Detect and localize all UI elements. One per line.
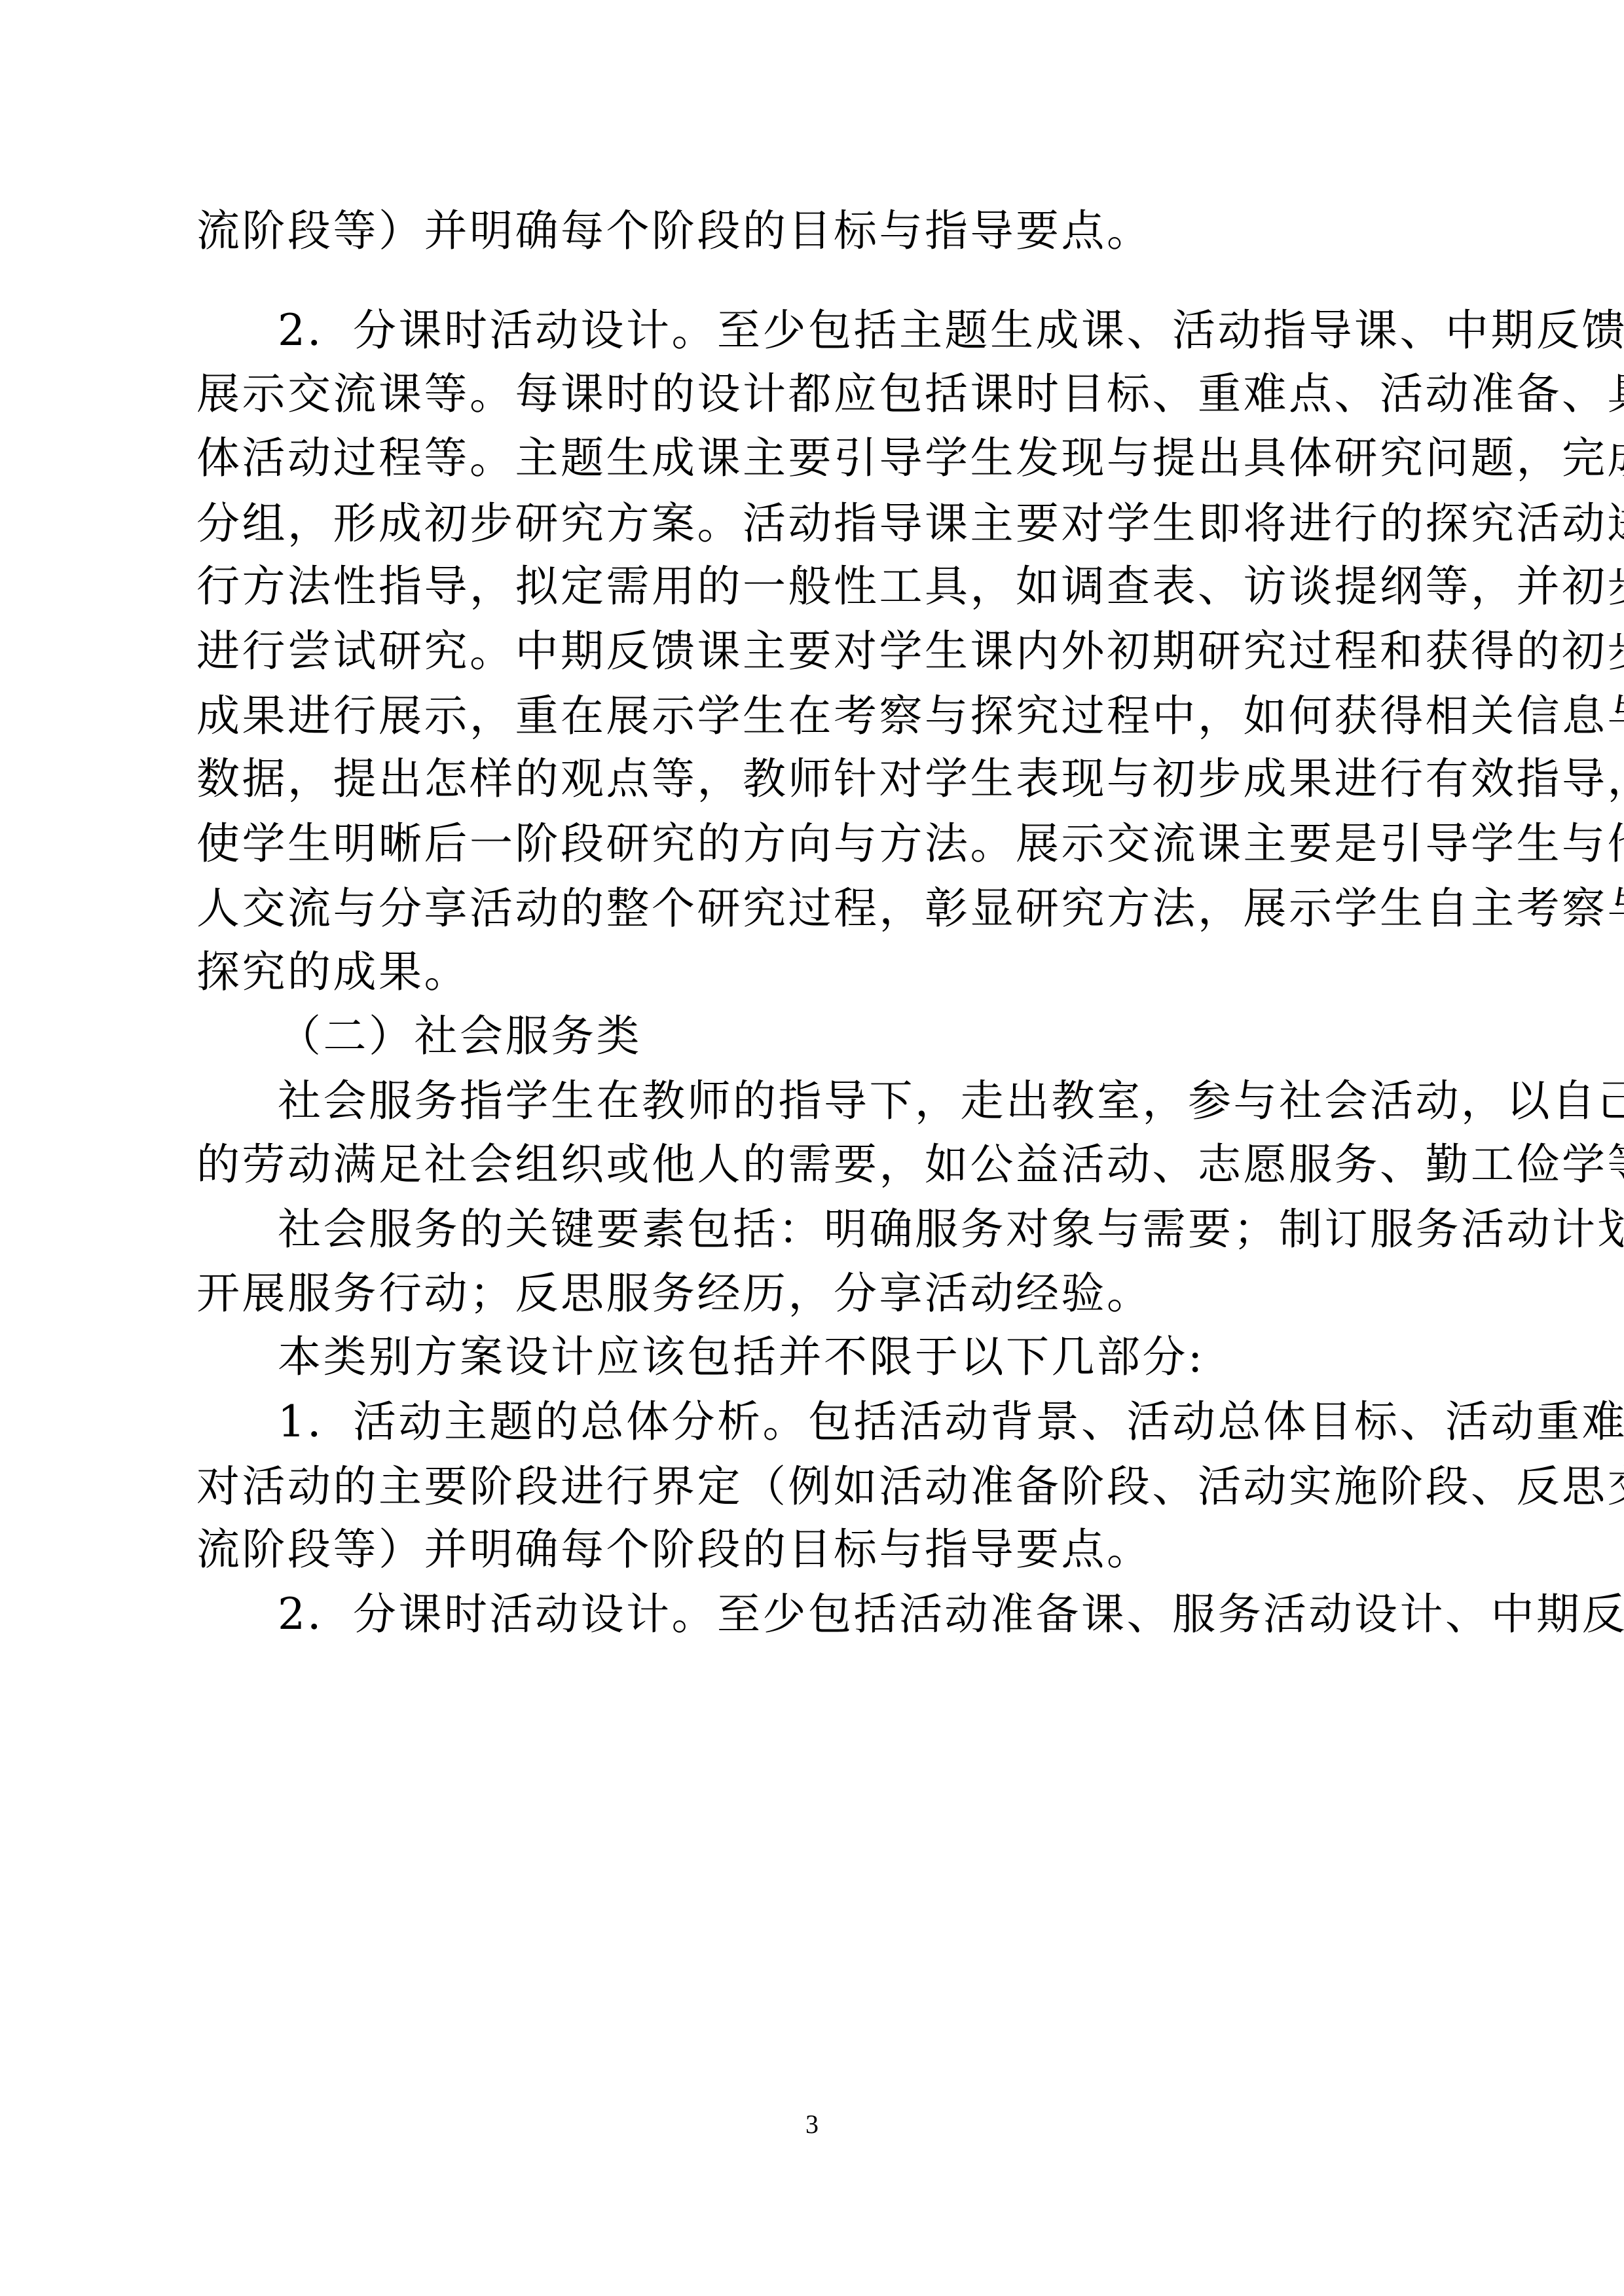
paragraph-line: 流阶段等）并明确每个阶段的目标与指导要点。 xyxy=(196,198,1454,264)
paragraph-line: 社会服务的关键要素包括：明确服务对象与需要；制订服务活动计划； xyxy=(278,1197,1454,1262)
paragraph-line: 使学生明晰后一阶段研究的方向与方法。展示交流课主要是引导学生与他 xyxy=(196,811,1454,877)
paragraph-line: 进行尝试研究。中期反馈课主要对学生课内外初期研究过程和获得的初步 xyxy=(196,619,1454,684)
paragraph-line: 2．分课时活动设计。至少包括主题生成课、活动指导课、中期反馈课、 xyxy=(278,298,1454,363)
paragraph-line: 展示交流课等。每课时的设计都应包括课时目标、重难点、活动准备、具 xyxy=(196,361,1454,427)
paragraph-line: 探究的成果。 xyxy=(196,939,1454,1005)
paragraph-line: 对活动的主要阶段进行界定（例如活动准备阶段、活动实施阶段、反思交 xyxy=(196,1454,1454,1520)
document-page: 流阶段等）并明确每个阶段的目标与指导要点。 2．分课时活动设计。至少包括主题生成… xyxy=(0,0,1624,2296)
page-number: 3 xyxy=(0,2105,1624,2144)
paragraph-line: 社会服务指学生在教师的指导下，走出教室，参与社会活动，以自己 xyxy=(278,1068,1454,1134)
paragraph-line: 数据，提出怎样的观点等，教师针对学生表现与初步成果进行有效指导， xyxy=(196,746,1454,812)
paragraph-line: 人交流与分享活动的整个研究过程，彰显研究方法，展示学生自主考察与 xyxy=(196,876,1454,941)
section-heading: （二）社会服务类 xyxy=(278,1004,1454,1069)
paragraph-line: 开展服务行动；反思服务经历，分享活动经验。 xyxy=(196,1261,1454,1326)
paragraph-line: 2．分课时活动设计。至少包括活动准备课、服务活动设计、中期反馈 xyxy=(278,1582,1454,1647)
paragraph-line: 成果进行展示，重在展示学生在考察与探究过程中，如何获得相关信息与 xyxy=(196,683,1454,749)
paragraph-line: 的劳动满足社会组织或他人的需要，如公益活动、志愿服务、勤工俭学等。 xyxy=(196,1132,1454,1197)
paragraph-line: 体活动过程等。主题生成课主要引导学生发现与提出具体研究问题，完成 xyxy=(196,426,1454,491)
paragraph-line: 流阶段等）并明确每个阶段的目标与指导要点。 xyxy=(196,1517,1454,1582)
paragraph-line: 1．活动主题的总体分析。包括活动背景、活动总体目标、活动重难点； xyxy=(278,1389,1454,1455)
paragraph-line: 分组，形成初步研究方案。活动指导课主要对学生即将进行的探究活动进 xyxy=(196,491,1454,556)
paragraph-line: 本类别方案设计应该包括并不限于以下几部分: xyxy=(278,1324,1454,1390)
paragraph-line: 行方法性指导，拟定需用的一般性工具，如调查表、访谈提纲等，并初步 xyxy=(196,554,1454,619)
